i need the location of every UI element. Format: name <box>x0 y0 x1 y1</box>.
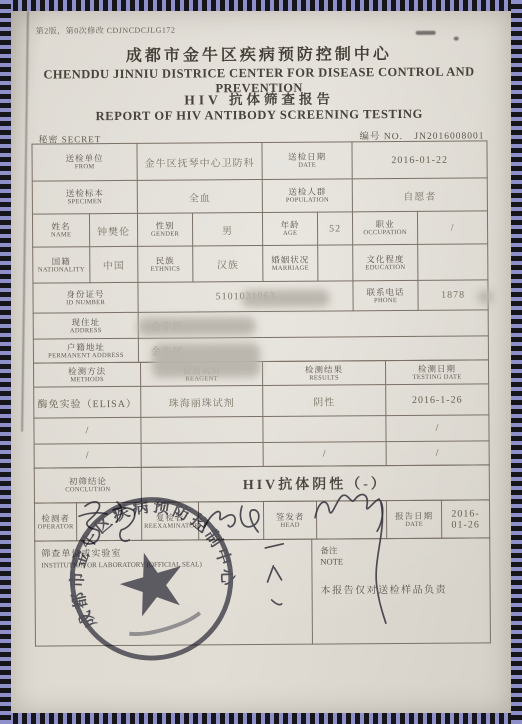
redaction-blur-phone <box>478 290 494 303</box>
info-table: 送检单位 FROM 金牛区抚琴中心卫防科 送检日期 DATE 2016-01-2… <box>31 140 489 363</box>
marriage-value <box>318 245 353 281</box>
test-result: 阴性 <box>263 385 386 417</box>
row-address: 现住址 ADDRESS 金牛区 <box>33 310 488 339</box>
population-label: 送检人群 POPULATION <box>262 179 352 213</box>
population-value: 自愿者 <box>352 178 487 212</box>
test-row: / / <box>34 415 489 444</box>
tests-table: 检测方法 METHODS 检测试剂 REAGENT 检测结果 RESULTS 检… <box>33 359 490 468</box>
age-label: 年龄 AGE <box>262 212 317 245</box>
test-date: 2016-1-26 <box>386 384 489 416</box>
age-value: 52 <box>317 212 352 245</box>
form-version-note: 第2版，第0次修改 CDJNCDCJLG172 <box>36 25 176 37</box>
test-date: / <box>386 415 489 442</box>
test-result: / <box>263 442 386 467</box>
row-nationality: 国籍 NATIONALITY 中国 民族 ETHNICS 汉族 婚姻状况 MAR… <box>33 244 488 283</box>
nationality-value: 中国 <box>90 246 138 282</box>
head-signature <box>309 487 409 548</box>
ink-smudge <box>416 31 436 35</box>
education-label: 文化程度 EDUCATION <box>353 244 418 280</box>
specimen-value: 全血 <box>137 179 262 213</box>
row-specimen: 送检标本 SPECIMEN 全血 送检人群 POPULATION 自愿者 <box>32 178 487 214</box>
nationality-label: 国籍 NATIONALITY <box>33 247 90 283</box>
test-method: / <box>34 417 141 444</box>
name-label: 姓名 NAME <box>32 214 89 247</box>
permanent-address-label: 户籍地址 PERMANENT ADDRESS <box>33 338 138 363</box>
row-from: 送检单位 FROM 金牛区抚琴中心卫防科 送检日期 DATE 2016-01-2… <box>32 141 487 181</box>
occupation-value: / <box>417 211 487 244</box>
redaction-blur-id <box>241 290 329 308</box>
education-value <box>418 244 488 280</box>
gender-value: 男 <box>192 212 262 245</box>
specimen-label: 送检标本 SPECIMEN <box>32 180 137 214</box>
document-content: 第2版，第0次修改 CDJNCDCJLG172 成都市金牛区疾病预防控制中心 C… <box>10 10 512 714</box>
paper-document: 第2版，第0次修改 CDJNCDCJLG172 成都市金牛区疾病预防控制中心 C… <box>10 10 512 714</box>
handwritten-marks <box>259 538 290 613</box>
pen-stroke-long <box>363 501 394 626</box>
test-method: / <box>34 443 141 468</box>
photo-of-document: { "meta": { "version_note": "第2版，第0次修改 C… <box>0 0 522 724</box>
note-label-en: NOTE <box>320 555 481 567</box>
id-number-label: 身份证号 ID NUMBER <box>33 282 138 313</box>
methods-header: 检测方法 METHODS <box>34 362 141 387</box>
test-reagent <box>141 416 263 443</box>
redaction-blur-address <box>138 317 256 336</box>
photo-frame-bottom <box>0 713 522 724</box>
from-value: 金牛区抚琴中心卫防科 <box>137 142 262 180</box>
test-row: 酶免实验（ELISA） 珠海丽珠试剂 阴性 2016-1-26 <box>34 384 489 418</box>
send-date-value: 2016-01-22 <box>352 141 487 179</box>
results-header: 检测结果 RESULTS <box>262 361 385 386</box>
test-reagent <box>141 442 263 467</box>
name-value: 钟樊伦 <box>89 213 137 246</box>
gender-label: 性别 GENDER <box>137 213 192 246</box>
seal-star <box>113 544 191 620</box>
note-cell: 备注 NOTE 本报告仅对送检样品负责 <box>312 538 491 644</box>
organization-name-cn: 成都市金牛区疾病预防控制中心 <box>10 40 510 67</box>
testing-date-header: 检测日期 TESTING DATE <box>385 360 488 385</box>
tests-header-row: 检测方法 METHODS 检测试剂 REAGENT 检测结果 RESULTS 检… <box>34 360 489 387</box>
report-title-en: REPORT OF HIV ANTIBODY SCREENING TESTING <box>10 106 510 125</box>
occupation-label: 职业 OCCUPATION <box>352 211 417 244</box>
test-method: 酶免实验（ELISA） <box>34 386 141 418</box>
test-result <box>263 416 386 443</box>
ethnics-label: 民族 ETHNICS <box>138 246 193 282</box>
note-text: 本报告仅对送检样品负责 <box>321 580 482 596</box>
row-name: 姓名 NAME 钟樊伦 性别 GENDER 男 年龄 AGE 52 职业 OCC… <box>32 211 487 247</box>
ethnics-value: 汉族 <box>193 245 263 281</box>
test-date: / <box>386 441 489 466</box>
photo-frame-left <box>0 0 11 724</box>
redaction-blur-permanent-address <box>152 343 260 378</box>
address-label: 现住址 ADDRESS <box>33 312 138 339</box>
report-date-value: 2016-01-26 <box>441 500 489 538</box>
marriage-label: 婚姻状况 MARRIAGE <box>263 245 318 281</box>
photo-frame-top <box>0 0 522 11</box>
test-reagent: 珠海丽珠试剂 <box>141 385 263 417</box>
photo-frame-right <box>511 0 522 724</box>
send-date-label: 送检日期 DATE <box>262 142 352 180</box>
phone-label: 联系电话 PHONE <box>353 280 418 310</box>
from-label: 送检单位 FROM <box>32 143 137 181</box>
